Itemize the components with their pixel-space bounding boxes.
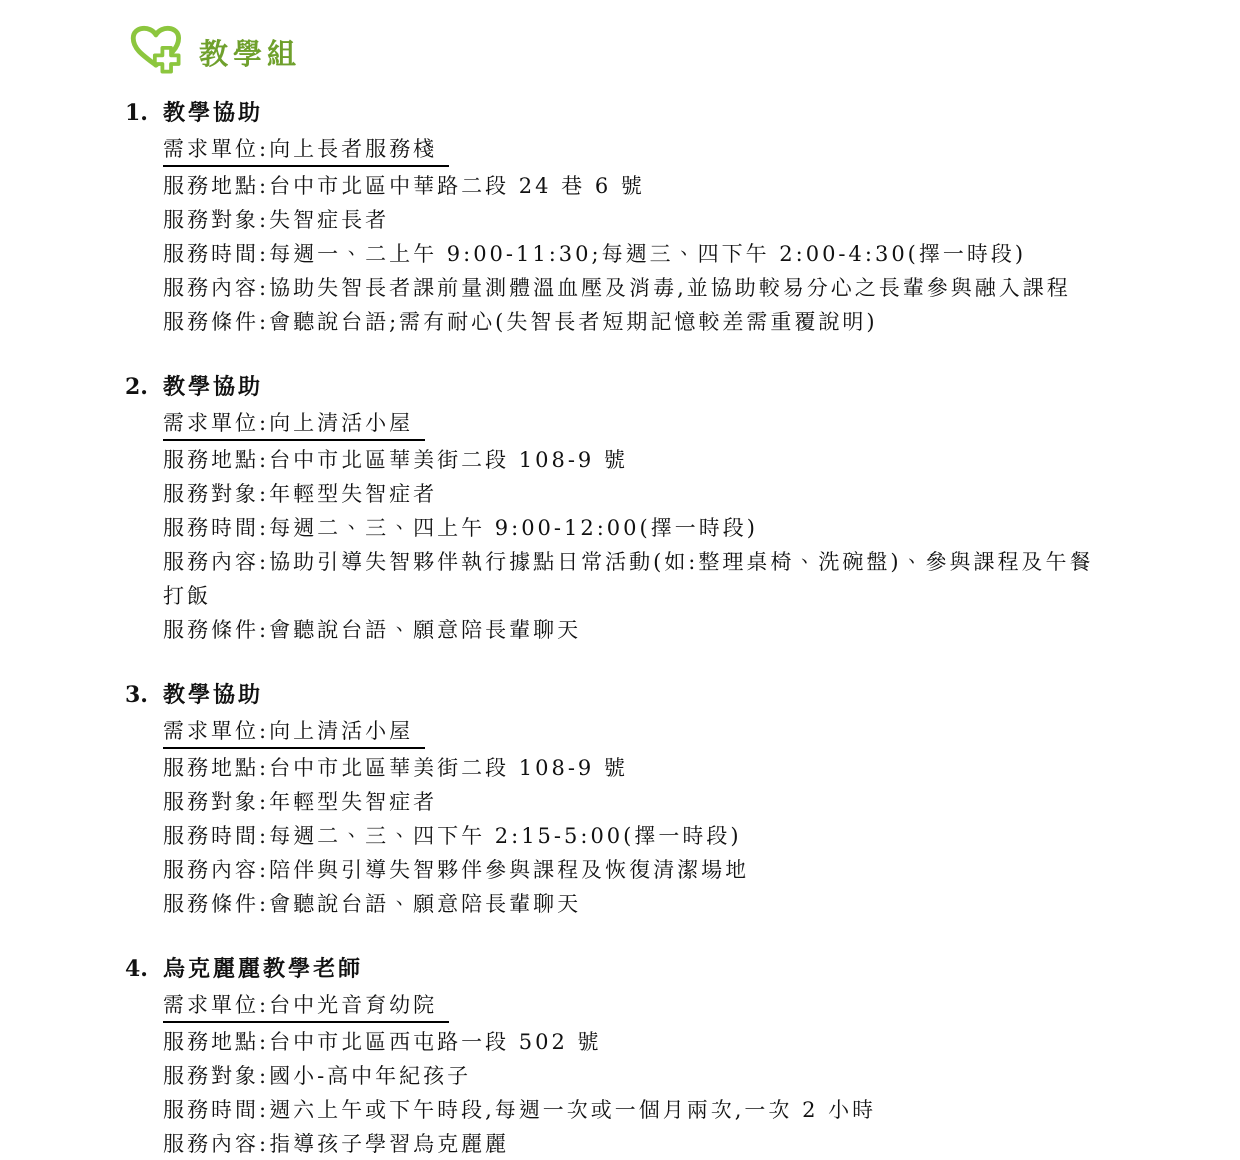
field-value: 向上長者服務棧 [269, 137, 437, 161]
item-heading: 4.烏克麗麗教學老師 [125, 952, 1200, 986]
field-content: 服務內容:協助引導失智夥伴執行據點日常活動(如:整理桌椅、洗碗盤)、參與課程及午… [163, 545, 1095, 613]
field-value: 每週一、二上午 9:00-11:30;每週三、四下午 2:00-4:30(擇一時… [269, 242, 1026, 266]
field-location: 服務地點:台中市北區華美街二段 108-9 號 [163, 443, 1095, 477]
item-fields: 需求單位:向上長者服務棧 服務地點:台中市北區中華路二段 24 巷 6 號 服務… [163, 132, 1095, 339]
field-content: 服務內容:陪伴與引導失智夥伴參與課程及恢復清潔場地 [163, 853, 1095, 887]
field-condition: 服務條件:會聽說台語;需有耐心(失智長者短期記憶較差需重覆說明) [163, 305, 1095, 339]
field-value: 陪伴與引導失智夥伴參與課程及恢復清潔場地 [269, 858, 749, 882]
field-label: 服務條件: [163, 310, 269, 334]
field-location: 服務地點:台中市北區華美街二段 108-9 號 [163, 751, 1095, 785]
field-label: 服務內容: [163, 550, 269, 574]
heart-plus-icon [127, 23, 187, 81]
item-number: 4. [125, 952, 163, 986]
item-fields: 需求單位:向上清活小屋 服務地點:台中市北區華美街二段 108-9 號 服務對象… [163, 714, 1095, 921]
field-value: 國小-高中年紀孩子 [269, 1064, 471, 1088]
field-time: 服務時間:週六上午或下午時段,每週一次或一個月兩次,一次 2 小時 [163, 1093, 1095, 1127]
field-target: 服務對象:年輕型失智症者 [163, 477, 1095, 511]
item-fields: 需求單位:向上清活小屋 服務地點:台中市北區華美街二段 108-9 號 服務對象… [163, 406, 1095, 647]
field-time: 服務時間:每週二、三、四下午 2:15-5:00(擇一時段) [163, 819, 1095, 853]
field-label: 服務時間: [163, 1098, 269, 1122]
field-label: 服務對象: [163, 1064, 269, 1088]
document-header: 教學組 [127, 24, 1200, 80]
listing-item-2: 2.教學協助 需求單位:向上清活小屋 服務地點:台中市北區華美街二段 108-9… [125, 370, 1200, 647]
field-label: 服務時間: [163, 516, 269, 540]
field-label: 服務地點: [163, 174, 269, 198]
field-value: 台中市北區華美街二段 108-9 號 [269, 448, 628, 472]
field-value: 失智症長者 [269, 208, 389, 232]
document-page: 教學組 1.教學協助 需求單位:向上長者服務棧 服務地點:台中市北區中華路二段 … [0, 0, 1240, 1160]
field-label: 服務內容: [163, 276, 269, 300]
item-heading: 2.教學協助 [125, 370, 1200, 404]
field-location: 服務地點:台中市北區中華路二段 24 巷 6 號 [163, 169, 1095, 203]
field-time: 服務時間:每週一、二上午 9:00-11:30;每週三、四下午 2:00-4:3… [163, 237, 1095, 271]
field-value: 向上清活小屋 [269, 719, 413, 743]
field-value: 每週二、三、四下午 2:15-5:00(擇一時段) [269, 824, 741, 848]
field-label: 服務條件: [163, 892, 269, 916]
listing-item-4: 4.烏克麗麗教學老師 需求單位:台中光音育幼院 服務地點:台中市北區西屯路一段 … [125, 952, 1200, 1160]
field-condition: 服務條件:會聽說台語、願意陪長輩聊天 [163, 887, 1095, 921]
field-label: 服務地點: [163, 448, 269, 472]
item-title: 教學協助 [163, 682, 263, 708]
field-value: 會聽說台語、願意陪長輩聊天 [269, 618, 581, 642]
field-content: 服務內容:指導孩子學習烏克麗麗 [163, 1127, 1095, 1160]
field-value: 會聽說台語;需有耐心(失智長者短期記憶較差需重覆說明) [269, 310, 877, 334]
field-label: 服務地點: [163, 1030, 269, 1054]
field-label: 服務內容: [163, 1132, 269, 1156]
field-label: 服務地點: [163, 756, 269, 780]
field-label: 需求單位: [163, 719, 269, 743]
item-title: 教學協助 [163, 374, 263, 400]
field-unit: 需求單位:向上長者服務棧 [163, 132, 1095, 169]
field-value: 年輕型失智症者 [269, 482, 437, 506]
field-value: 台中市北區華美街二段 108-9 號 [269, 756, 628, 780]
field-location: 服務地點:台中市北區西屯路一段 502 號 [163, 1025, 1095, 1059]
field-unit: 需求單位:台中光音育幼院 [163, 988, 1095, 1025]
field-label: 需求單位: [163, 137, 269, 161]
item-title: 烏克麗麗教學老師 [163, 956, 363, 982]
field-time: 服務時間:每週二、三、四上午 9:00-12:00(擇一時段) [163, 511, 1095, 545]
field-target: 服務對象:年輕型失智症者 [163, 785, 1095, 819]
item-number: 1. [125, 96, 163, 130]
field-value: 指導孩子學習烏克麗麗 [269, 1132, 509, 1156]
listing-item-1: 1.教學協助 需求單位:向上長者服務棧 服務地點:台中市北區中華路二段 24 巷… [125, 96, 1200, 339]
item-heading: 1.教學協助 [125, 96, 1200, 130]
field-unit: 需求單位:向上清活小屋 [163, 406, 1095, 443]
field-label: 服務時間: [163, 242, 269, 266]
listing-item-3: 3.教學協助 需求單位:向上清活小屋 服務地點:台中市北區華美街二段 108-9… [125, 678, 1200, 921]
field-label: 需求單位: [163, 993, 269, 1017]
field-condition: 服務條件:會聽說台語、願意陪長輩聊天 [163, 613, 1095, 647]
field-value: 台中市北區西屯路一段 502 號 [269, 1030, 601, 1054]
field-label: 服務條件: [163, 618, 269, 642]
field-value: 協助失智長者課前量測體溫血壓及消毒,並協助較易分心之長輩參與融入課程 [269, 276, 1071, 300]
field-value: 台中光音育幼院 [269, 993, 437, 1017]
field-value: 協助引導失智夥伴執行據點日常活動(如:整理桌椅、洗碗盤)、參與課程及午餐打飯 [163, 550, 1094, 608]
field-content: 服務內容:協助失智長者課前量測體溫血壓及消毒,並協助較易分心之長輩參與融入課程 [163, 271, 1095, 305]
item-number: 2. [125, 370, 163, 404]
field-value: 年輕型失智症者 [269, 790, 437, 814]
field-label: 服務對象: [163, 208, 269, 232]
field-label: 服務時間: [163, 824, 269, 848]
field-value: 會聽說台語、願意陪長輩聊天 [269, 892, 581, 916]
field-unit: 需求單位:向上清活小屋 [163, 714, 1095, 751]
field-target: 服務對象:國小-高中年紀孩子 [163, 1059, 1095, 1093]
field-value: 向上清活小屋 [269, 411, 413, 435]
field-value: 週六上午或下午時段,每週一次或一個月兩次,一次 2 小時 [269, 1098, 876, 1122]
field-value: 台中市北區中華路二段 24 巷 6 號 [269, 174, 645, 198]
field-label: 服務對象: [163, 482, 269, 506]
field-label: 服務內容: [163, 858, 269, 882]
field-target: 服務對象:失智症長者 [163, 203, 1095, 237]
field-label: 需求單位: [163, 411, 269, 435]
field-label: 服務對象: [163, 790, 269, 814]
item-heading: 3.教學協助 [125, 678, 1200, 712]
item-number: 3. [125, 678, 163, 712]
field-value: 每週二、三、四上午 9:00-12:00(擇一時段) [269, 516, 758, 540]
item-title: 教學協助 [163, 100, 263, 126]
item-fields: 需求單位:台中光音育幼院 服務地點:台中市北區西屯路一段 502 號 服務對象:… [163, 988, 1095, 1160]
page-title: 教學組 [199, 32, 301, 73]
